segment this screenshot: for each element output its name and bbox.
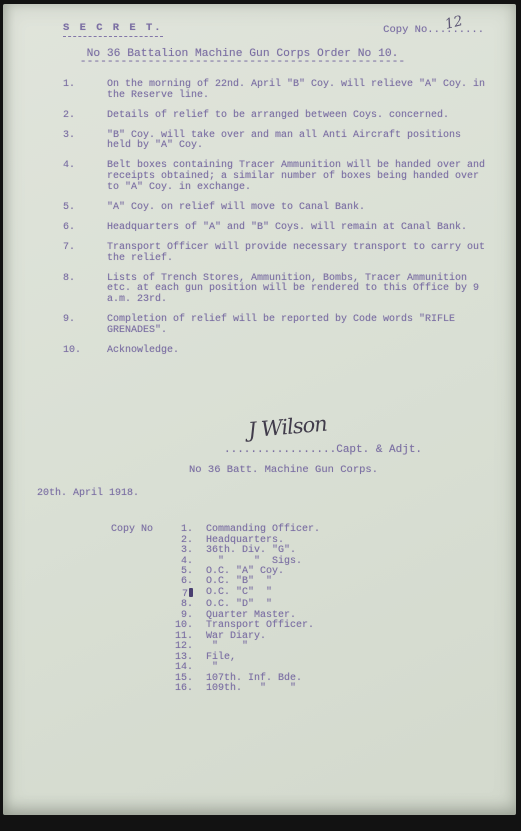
signature-block: J Wilson .................Capt. & Adjt. …: [224, 444, 484, 476]
distribution-row: 2. Headquarters.: [111, 536, 490, 546]
order-number: 6.: [63, 223, 107, 234]
distribution-prefix: Copy No: [111, 525, 169, 535]
order-number: 3.: [63, 131, 107, 152]
order-item: 2. Details of relief to be arranged betw…: [63, 111, 490, 122]
distribution-row: 14. ": [111, 663, 490, 673]
distribution-number: 6.: [169, 577, 193, 587]
copy-number: Copy No.........12: [383, 24, 484, 36]
order-item: 1. On the morning of 22nd. April "B" Coy…: [63, 80, 490, 101]
ink-blot-mark: [189, 588, 193, 597]
order-item: 6. Headquarters of "A" and "B" Coys. wil…: [63, 223, 490, 234]
distribution-row: Copy No 1. Commanding Officer.: [111, 525, 490, 535]
photo-frame: { "document": { "classification": "S E C…: [0, 0, 521, 831]
distribution-row: 10. Transport Officer.: [111, 621, 490, 631]
order-text: "A" Coy. on relief will move to Canal Ba…: [107, 203, 487, 214]
distribution-number: 14.: [169, 663, 193, 673]
signature-handwriting: J Wilson: [247, 412, 327, 443]
order-number: 8.: [63, 274, 107, 306]
order-number: 2.: [63, 111, 107, 122]
distribution-row: 15. 107th. Inf. Bde.: [111, 674, 490, 684]
distribution-recipient: 109th. " ": [206, 684, 296, 694]
order-number: 7.: [63, 243, 107, 264]
distribution-recipient: 36th. Div. "G".: [206, 546, 296, 556]
distribution-number: 3.: [169, 546, 193, 556]
order-text: Headquarters of "A" and "B" Coys. will r…: [107, 223, 487, 234]
order-item: 7. Transport Officer will provide necess…: [63, 243, 490, 264]
order-item: 9. Completion of relief will be reported…: [63, 315, 490, 336]
order-text: Completion of relief will be reported by…: [107, 315, 487, 336]
order-text: "B" Coy. will take over and man all Anti…: [107, 131, 487, 152]
order-text: On the morning of 22nd. April "B" Coy. w…: [107, 80, 487, 101]
distribution-number: 16.: [169, 684, 193, 694]
order-number: 10.: [63, 346, 107, 357]
document-page: S E C R E T. Copy No.........12 No 36 Ba…: [3, 4, 516, 815]
distribution-row: 12. " ": [111, 642, 490, 652]
order-text: Belt boxes containing Tracer Ammunition …: [107, 161, 487, 193]
distribution-row: 6. O.C. "B" ": [111, 577, 490, 587]
order-text: Transport Officer will provide necessary…: [107, 243, 487, 264]
signature-dots: .................: [224, 444, 336, 456]
distribution-row: 3. 36th. Div. "G".: [111, 546, 490, 556]
order-number: 1.: [63, 80, 107, 101]
distribution-row: 13. File,: [111, 653, 490, 663]
distribution-row: 11. War Diary.: [111, 632, 490, 642]
distribution-row: 5. O.C. "A" Coy.: [111, 567, 490, 577]
distribution-row: 8. O.C. "D" ": [111, 600, 490, 610]
distribution-row: 7 O.C. "C" ": [111, 588, 490, 600]
order-item: 5. "A" Coy. on relief will move to Canal…: [63, 203, 490, 214]
order-item: 4. Belt boxes containing Tracer Ammuniti…: [63, 161, 490, 193]
order-title-block: No 36 Battalion Machine Gun Corps Order …: [35, 48, 450, 65]
distribution-recipient: ": [206, 663, 218, 673]
order-text: Lists of Trench Stores, Ammunition, Bomb…: [107, 274, 487, 306]
classification-banner: S E C R E T.: [63, 22, 163, 37]
distribution-row: 4. " " Sigs.: [111, 557, 490, 567]
order-number: 5.: [63, 203, 107, 214]
signature-role-line: .................Capt. & Adjt.: [224, 444, 484, 456]
date-line: 20th. April 1918.: [37, 488, 490, 499]
order-title-underline: ----------------------------------------…: [35, 60, 450, 65]
order-text: Details of relief to be arranged between…: [107, 111, 487, 122]
distribution-list: Copy No 1. Commanding Officer. 2. Headqu…: [111, 525, 490, 694]
order-item: 10. Acknowledge.: [63, 346, 490, 357]
distribution-row: 16. 109th. " ": [111, 684, 490, 694]
signature-role: Capt. & Adjt.: [336, 444, 422, 456]
order-number: 9.: [63, 315, 107, 336]
signature-unit-line: No 36 Batt. Machine Gun Corps.: [189, 464, 484, 476]
order-number: 4.: [63, 161, 107, 193]
page-content: S E C R E T. Copy No.........12 No 36 Ba…: [3, 4, 516, 815]
order-title: No 36 Battalion Machine Gun Corps Order …: [35, 48, 450, 60]
order-list: 1. On the morning of 22nd. April "B" Coy…: [63, 80, 490, 356]
copy-number-label: Copy No: [383, 24, 427, 36]
order-item: 3. "B" Coy. will take over and man all A…: [63, 131, 490, 152]
order-item: 8. Lists of Trench Stores, Ammunition, B…: [63, 274, 490, 306]
order-text: Acknowledge.: [107, 346, 487, 357]
page-header: S E C R E T. Copy No.........12: [63, 22, 490, 37]
